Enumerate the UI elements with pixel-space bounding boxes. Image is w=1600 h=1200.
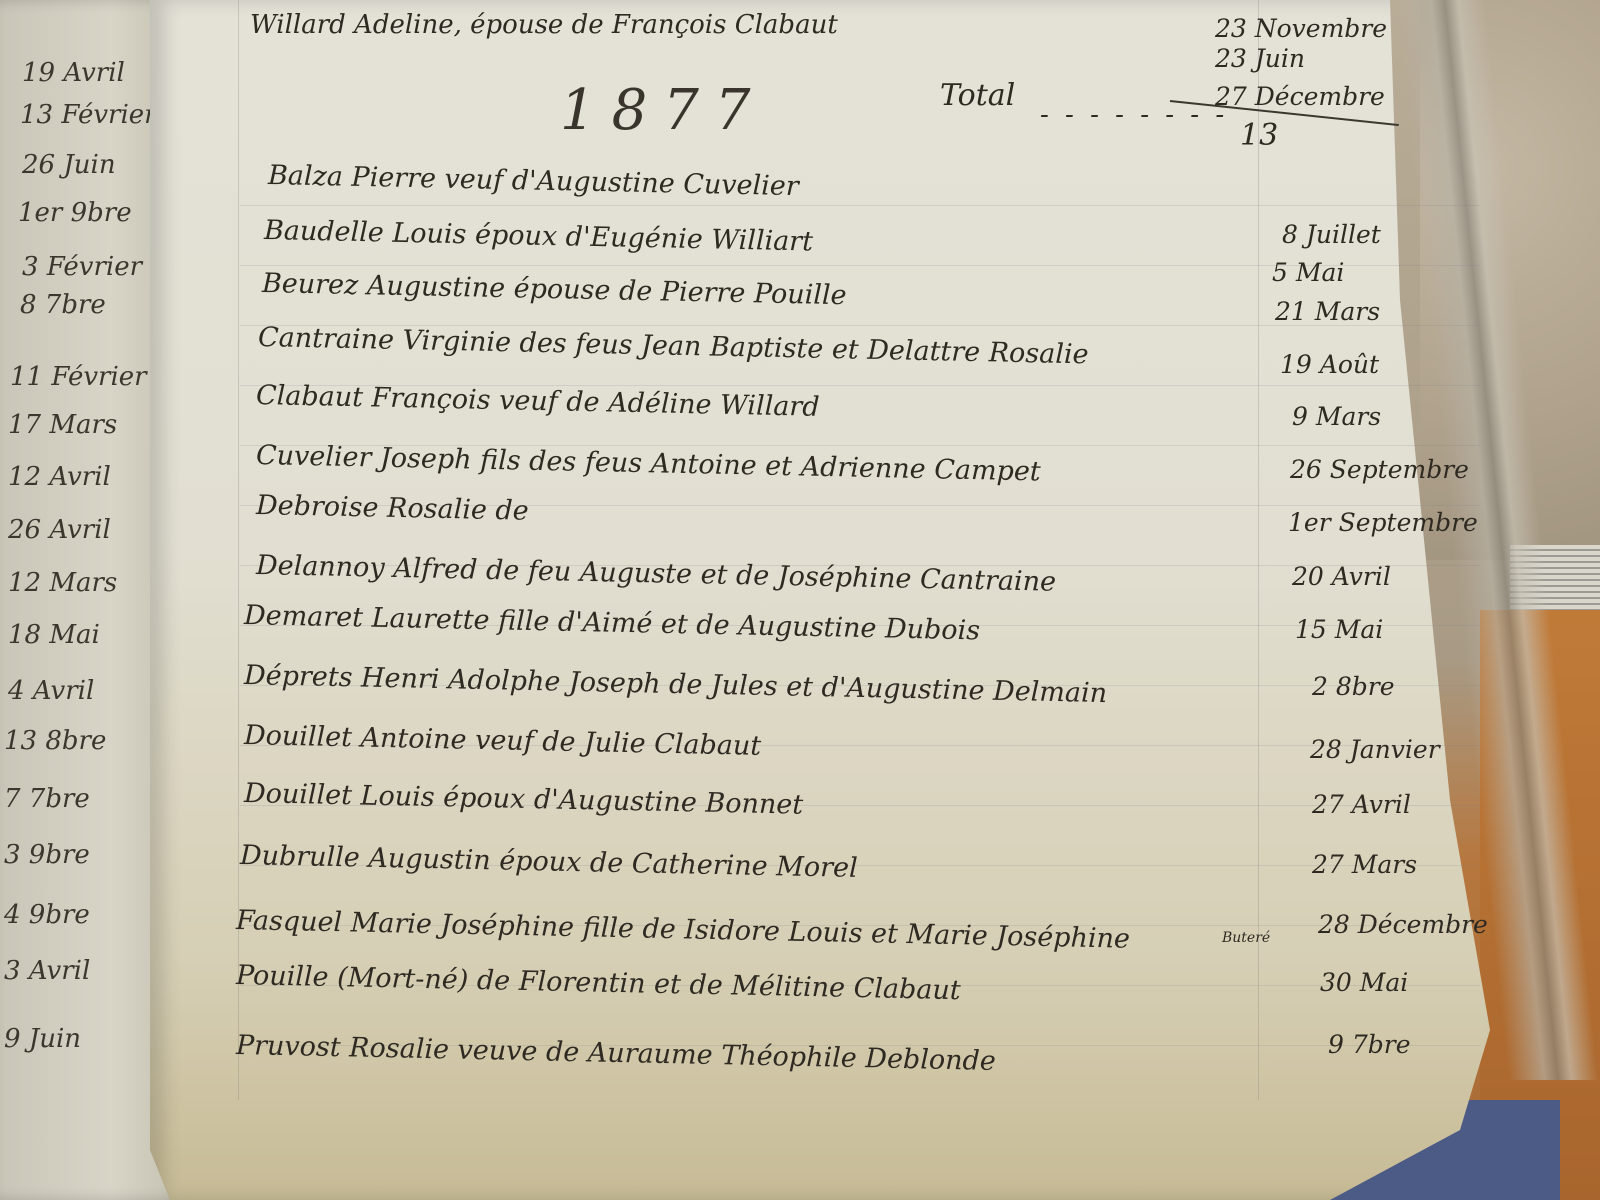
previous-date: 23 Juin xyxy=(1215,44,1305,73)
entry-date: 28 Décembre xyxy=(1318,910,1488,939)
entry-date: 27 Avril xyxy=(1312,790,1411,819)
entry-date: 19 Août xyxy=(1280,350,1379,379)
left-date: 26 Avril xyxy=(8,515,111,545)
left-date: 12 Avril xyxy=(8,462,111,492)
left-date: 19 Avril xyxy=(22,58,125,88)
entry-date: 9 7bre xyxy=(1328,1030,1411,1059)
left-date: 8 7bre xyxy=(20,290,106,320)
entry-name: Debroise Rosalie de xyxy=(256,490,529,527)
left-date: 17 Mars xyxy=(8,410,117,440)
left-date: 26 Juin xyxy=(22,150,116,180)
entry-date: 9 Mars xyxy=(1292,402,1381,431)
left-date: 13 Février xyxy=(20,100,157,130)
left-date: 13 8bre xyxy=(4,726,106,756)
entry-date: 1er Septembre xyxy=(1288,508,1478,537)
ruling-line xyxy=(240,205,1480,206)
left-date: 18 Mai xyxy=(8,620,100,650)
entry-annotation: Buteré xyxy=(1222,930,1270,946)
left-date: 11 Février xyxy=(10,362,147,392)
left-date: 1er 9bre xyxy=(18,198,132,228)
total-label: Total xyxy=(940,78,1015,113)
previous-entry: Willard Adeline, épouse de François Clab… xyxy=(250,10,838,40)
entry-date: 28 Janvier xyxy=(1310,735,1440,764)
left-date: 12 Mars xyxy=(8,568,117,598)
entry-date: 5 Mai xyxy=(1272,258,1344,287)
left-date: 3 9bre xyxy=(4,840,90,870)
left-date: 4 Avril xyxy=(8,676,94,706)
entry-date: 30 Mai xyxy=(1320,968,1408,997)
entry-date: 2 8bre xyxy=(1312,672,1395,701)
left-date: 4 9bre xyxy=(4,900,90,930)
entry-date: 8 Juillet xyxy=(1282,220,1381,249)
entry-date: 21 Mars xyxy=(1275,297,1380,326)
total-value: 13 xyxy=(1240,118,1278,153)
previous-date: 23 Novembre xyxy=(1215,14,1387,43)
left-date: 3 Avril xyxy=(4,956,90,986)
entry-date: 27 Mars xyxy=(1312,850,1417,879)
left-date: 3 Février xyxy=(22,252,142,282)
entry-date: 15 Mai xyxy=(1295,615,1383,644)
year-heading: 1877 xyxy=(560,78,767,143)
left-date: 7 7bre xyxy=(4,784,90,814)
entry-date: 26 Septembre xyxy=(1290,455,1469,484)
entry-date: 20 Avril xyxy=(1292,562,1391,591)
left-date: 9 Juin xyxy=(4,1024,81,1054)
